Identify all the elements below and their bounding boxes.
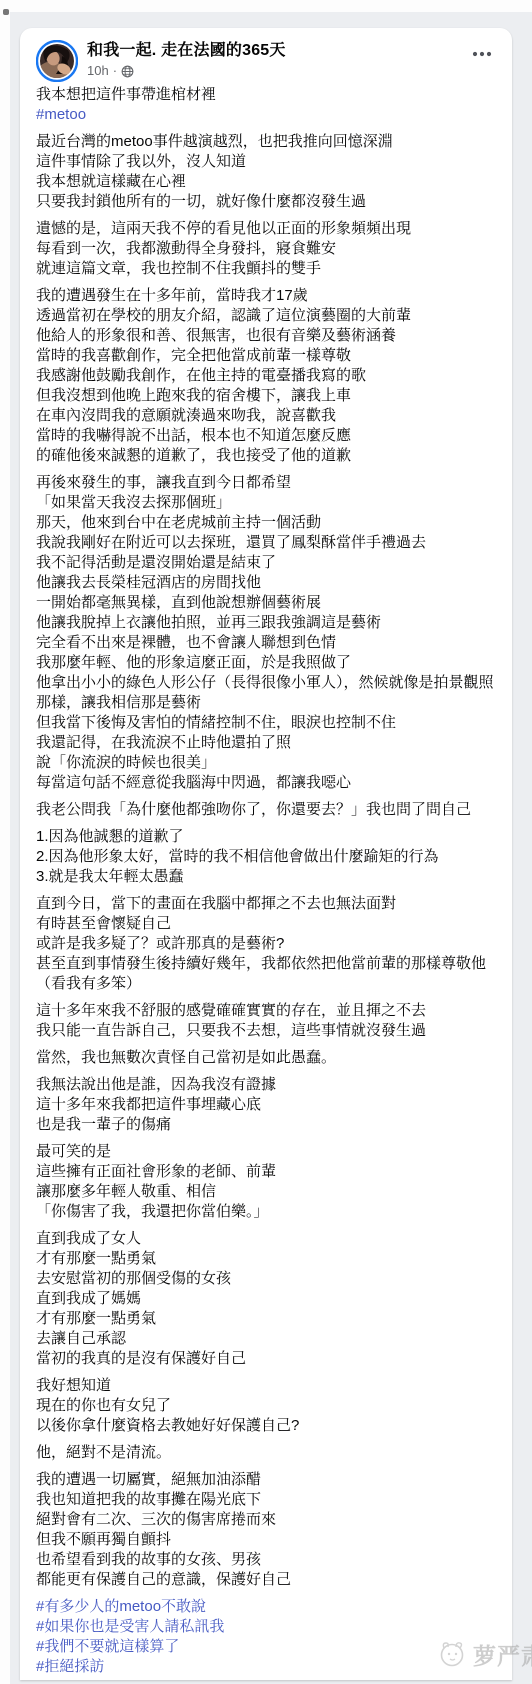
post-line: 遺憾的是，這兩天我不停的看見他以正面的形象頻頻出現 — [36, 219, 496, 239]
page-name[interactable]: 和我一起. 走在法國的365天 — [87, 41, 286, 61]
post-line: 我不記得活動是還沒開始還是結束了 — [36, 553, 496, 573]
post-line: （看我有多笨） — [36, 974, 496, 994]
post-line: 以後你拿什麼資格去教她好好保護自己? — [36, 1416, 496, 1436]
post-line: 當時的我嚇得說不出話，根本也不知道怎麼反應 — [36, 426, 496, 446]
sketch-face-icon — [437, 1639, 467, 1669]
post-line: 去讓自己承認 — [36, 1329, 496, 1349]
post-line: 每當這句話不經意從我腦海中閃過，都讓我噁心 — [36, 773, 496, 793]
post-paragraph: 我無法說出他是誰，因為我沒有證據這十多年來我都把這件事埋藏心底也是我一輩子的傷痛 — [36, 1075, 496, 1135]
post-body: 我本想把這件事帶進棺材裡#metoo最近台灣的metoo事件越演越烈，也把我推向… — [20, 82, 512, 1677]
post-line: 我那麼年輕、他的形象這麼正面，於是我照做了 — [36, 653, 496, 673]
watermark: 萝严肃 — [437, 1636, 532, 1672]
post-line: 我好想知道 — [36, 1376, 496, 1396]
post-line: 的確他後來誠懇的道歉了，我也接受了他的道歉 — [36, 446, 496, 466]
post-line: 我老公問我「為什麼他都強吻你了，你還要去？」我也問了問自己 — [36, 800, 496, 820]
post-line: 當然，我也無數次責怪自己當初是如此愚蠢。 — [36, 1048, 496, 1068]
hashtag-link[interactable]: #拒絕採訪 — [36, 1657, 496, 1677]
meta-separator: · — [113, 64, 117, 78]
globe-icon — [121, 65, 134, 78]
post-line: 最可笑的是 — [36, 1142, 496, 1162]
profile-photo — [36, 40, 78, 82]
post-line: 我說我剛好在附近可以去探班，還買了鳳梨酥當伴手禮過去 — [36, 533, 496, 553]
post-line: 當初的我真的是沒有保護好自己 — [36, 1349, 496, 1369]
post-paragraph: 他，絕對不是清流。 — [36, 1443, 496, 1463]
post-line: 「如果當天我沒去探那個班」 — [36, 493, 496, 513]
post-paragraph: 這十多年來我不舒服的感覺確確實實的存在，並且揮之不去我只能一直告訴自己，只要我不… — [36, 1001, 496, 1041]
post-paragraph: 我好想知道現在的你也有女兒了以後你拿什麼資格去教她好好保護自己? — [36, 1376, 496, 1436]
post-line: 3.就是我太年輕太愚蠢 — [36, 867, 496, 887]
post-paragraph: 直到我成了女人才有那麼一點勇氣去安慰當初的那個受傷的女孩直到我成了媽媽才有那麼一… — [36, 1229, 496, 1369]
post-line: 讓那麼多年輕人敬重、相信 — [36, 1182, 496, 1202]
ellipsis-icon — [472, 51, 492, 57]
post-line: 在車內沒問我的意願就湊過來吻我，說喜歡我 — [36, 406, 496, 426]
post-line: 「你傷害了我，我還把你當伯樂。」 — [36, 1202, 496, 1222]
post-line: 才有那麼一點勇氣 — [36, 1249, 496, 1269]
post-line: 我只能一直告訴自己，只要我不去想，這些事情就沒發生過 — [36, 1021, 496, 1041]
post-line: 他讓我脫掉上衣讓他拍照，並再三跟我強調這是藝術 — [36, 613, 496, 633]
hashtag-link[interactable]: #我們不要就這樣算了 — [36, 1637, 496, 1657]
post-line: 我也知道把我的故事攤在陽光底下 — [36, 1490, 496, 1510]
post-line: 都能更有保護自己的意識，保護好自己 — [36, 1570, 496, 1590]
post-line: 也是我一輩子的傷痛 — [36, 1115, 496, 1135]
post-line: 這件事情除了我以外，沒人知道 — [36, 152, 496, 172]
post-line: 透過當初在學校的朋友介紹，認識了這位演藝圈的大前輩 — [36, 306, 496, 326]
post-line: 1.因為他誠懇的道歉了 — [36, 827, 496, 847]
post-line: 完全看不出來是裸體，也不會讓人聯想到色情 — [36, 633, 496, 653]
hashtag-link[interactable]: #metoo — [36, 105, 496, 125]
post-line: 或許是我多疑了？或許那真的是藝術? — [36, 934, 496, 954]
post-line: 現在的你也有女兒了 — [36, 1396, 496, 1416]
post-line: 我還記得，在我流淚不止時他還拍了照 — [36, 733, 496, 753]
post-paragraph: 遺憾的是，這兩天我不停的看見他以正面的形象頻頻出現每看到一次，我都激動得全身發抖… — [36, 219, 496, 279]
post-paragraph: 再後來發生的事，讓我直到今日都希望「如果當天我沒去探那個班」那天，他來到台中在老… — [36, 473, 496, 793]
header-meta: 和我一起. 走在法國的365天 10h · — [87, 40, 286, 78]
post-line: 我本想就這樣藏在心裡 — [36, 172, 496, 192]
post-line: 直到今日，當下的畫面在我腦中都揮之不去也無法面對 — [36, 894, 496, 914]
post-line: 再後來發生的事，讓我直到今日都希望 — [36, 473, 496, 493]
post-line: 就連這篇文章，我也控制不住我顫抖的雙手 — [36, 259, 496, 279]
post-line: 我的遭遇發生在十多年前，當時我才17歲 — [36, 286, 496, 306]
post-line: 有時甚至會懷疑自己 — [36, 914, 496, 934]
post-line: 那樣，讓我相信那是藝術 — [36, 693, 496, 713]
post-line: 他給人的形象很和善、很無害，也很有音樂及藝術涵養 — [36, 326, 496, 346]
post-line: 那天，他來到台中在老虎城前主持一個活動 — [36, 513, 496, 533]
post-line: 我感謝他鼓勵我創作，在他主持的電臺播我寫的歌 — [36, 366, 496, 386]
post-line: 也希望看到我的故事的女孩、男孩 — [36, 1550, 496, 1570]
facebook-post-card: 和我一起. 走在法國的365天 10h · 我本想把這件事帶進棺材裡# — [20, 28, 512, 1680]
post-paragraph: 我本想把這件事帶進棺材裡#metoo — [36, 85, 496, 125]
post-paragraph: 當然，我也無數次責怪自己當初是如此愚蠢。 — [36, 1048, 496, 1068]
post-line: 當時的我喜歡創作，完全把他當成前輩一樣尊敬 — [36, 346, 496, 366]
post-paragraph: 我的遭遇發生在十多年前，當時我才17歲透過當初在學校的朋友介紹，認識了這位演藝圈… — [36, 286, 496, 466]
post-line: 但我沒想到他晚上跑來我的宿舍樓下，讓我上車 — [36, 386, 496, 406]
post-line: 他，絕對不是清流。 — [36, 1443, 496, 1463]
post-line: 絕對會有二次、三次的傷害席捲而來 — [36, 1510, 496, 1530]
timestamp[interactable]: 10h — [87, 64, 109, 78]
post-paragraph: 我老公問我「為什麼他都強吻你了，你還要去？」我也問了問自己 — [36, 800, 496, 820]
post-line: 直到我成了女人 — [36, 1229, 496, 1249]
post-line: 我的遭遇一切屬實，絕無加油添醋 — [36, 1470, 496, 1490]
post-line: 我無法說出他是誰，因為我沒有證據 — [36, 1075, 496, 1095]
post-line: 一開始都毫無異樣，直到他說想辦個藝術展 — [36, 593, 496, 613]
post-paragraph: #有多少人的metoo不敢說#如果你也是受害人請私訊我#我們不要就這樣算了#拒絕… — [36, 1597, 496, 1677]
hashtag-link[interactable]: #有多少人的metoo不敢說 — [36, 1597, 496, 1617]
post-line: 直到我成了媽媽 — [36, 1289, 496, 1309]
post-meta-row: 10h · — [87, 64, 286, 78]
post-line: 甚至直到事情發生後持續好幾年，我都依然把他當前輩的那樣尊敬他 — [36, 954, 496, 974]
post-line: 但我當下後悔及害怕的情緒控制不住，眼淚也控制不住 — [36, 713, 496, 733]
post-line: 才有那麼一點勇氣 — [36, 1309, 496, 1329]
post-paragraph: 我的遭遇一切屬實，絕無加油添醋我也知道把我的故事攤在陽光底下絕對會有二次、三次的… — [36, 1470, 496, 1590]
more-options-button[interactable] — [468, 44, 496, 64]
post-line: 這十多年來我不舒服的感覺確確實實的存在，並且揮之不去 — [36, 1001, 496, 1021]
post-line: 2.因為他形象太好，當時的我不相信他會做出什麼踰矩的行為 — [36, 847, 496, 867]
post-paragraph: 最近台灣的metoo事件越演越烈，也把我推向回憶深淵這件事情除了我以外，沒人知道… — [36, 132, 496, 212]
post-paragraph: 直到今日，當下的畫面在我腦中都揮之不去也無法面對有時甚至會懷疑自己或許是我多疑了… — [36, 894, 496, 994]
post-paragraph: 1.因為他誠懇的道歉了2.因為他形象太好，當時的我不相信他會做出什麼踰矩的行為3… — [36, 827, 496, 887]
post-paragraph: 最可笑的是這些擁有正面社會形象的老師、前輩讓那麼多年輕人敬重、相信「你傷害了我，… — [36, 1142, 496, 1222]
post-line: 只要我封鎖他所有的一切，就好像什麼都沒發生過 — [36, 192, 496, 212]
post-line: 他拿出小小的綠色人形公仔（長得很像小軍人），然候就像是拍景觀照 — [36, 673, 496, 693]
post-line: 去安慰當初的那個受傷的女孩 — [36, 1269, 496, 1289]
avatar[interactable] — [36, 40, 78, 82]
post-line: 說「你流淚的時候也很美」 — [36, 753, 496, 773]
post-line: 這十多年來我都把這件事埋藏心底 — [36, 1095, 496, 1115]
post-line: 但我不願再獨自顫抖 — [36, 1530, 496, 1550]
watermark-text: 萝严肃 — [473, 1638, 532, 1671]
post-line: 最近台灣的metoo事件越演越烈，也把我推向回憶深淵 — [36, 132, 496, 152]
hashtag-link[interactable]: #如果你也是受害人請私訊我 — [36, 1617, 496, 1637]
post-header: 和我一起. 走在法國的365天 10h · — [20, 28, 512, 82]
post-line: 我本想把這件事帶進棺材裡 — [36, 85, 496, 105]
post-line: 每看到一次，我都激動得全身發抖，寢食難安 — [36, 239, 496, 259]
post-line: 他讓我去長榮桂冠酒店的房間找他 — [36, 573, 496, 593]
post-line: 這些擁有正面社會形象的老師、前輩 — [36, 1162, 496, 1182]
screenshot-crop-artifact — [3, 9, 9, 15]
